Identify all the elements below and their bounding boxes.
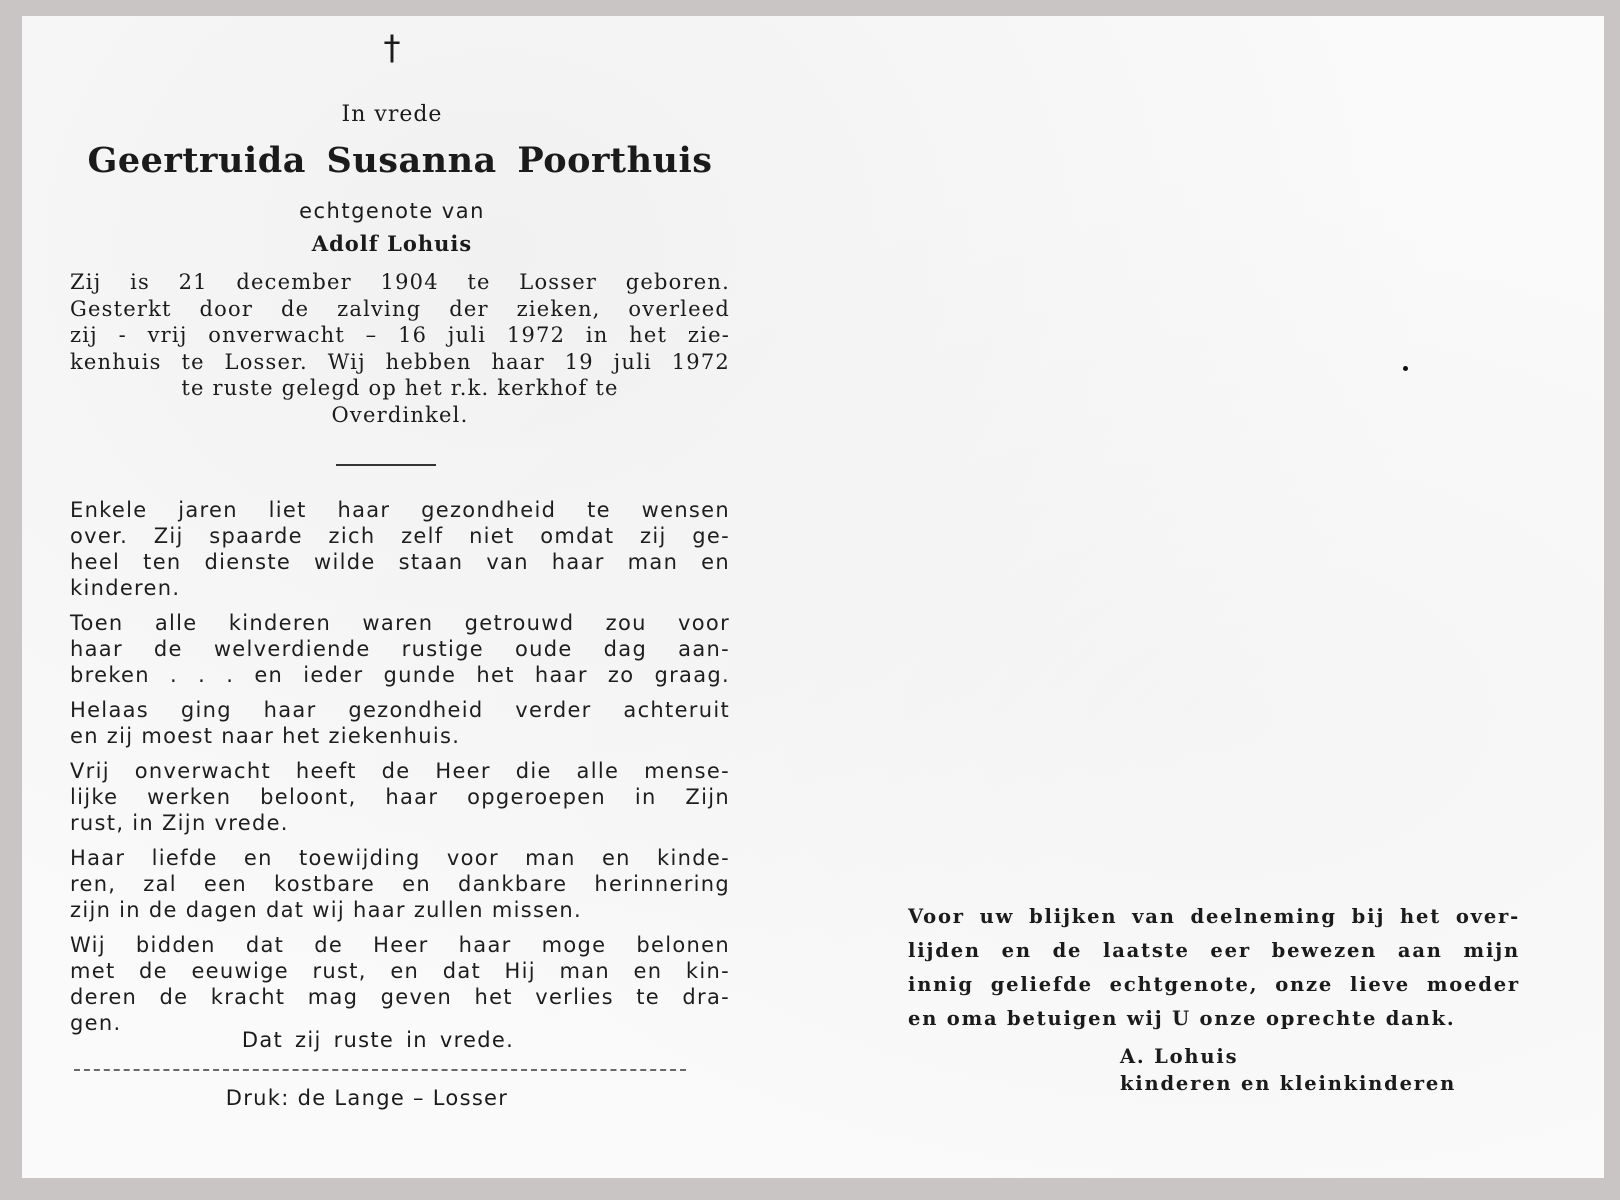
cross-icon: † bbox=[22, 28, 762, 68]
biography: Zij is 21 december 1904 te Losser gebore… bbox=[70, 269, 730, 428]
text-line: breken . . . en ieder gunde het haar zo … bbox=[70, 662, 730, 688]
thanks-line: innig geliefde echtgenote, onze lieve mo… bbox=[908, 968, 1520, 1002]
text-line: Wij bidden dat de Heer haar moge belonen bbox=[70, 932, 730, 958]
closing-line: Dat zij ruste in vrede. bbox=[22, 1028, 734, 1052]
text-line: zijn in de dagen dat wij haar zullen mis… bbox=[70, 897, 730, 923]
paragraph: Wij bidden dat de Heer haar moge belonen… bbox=[70, 932, 730, 1036]
bio-line: zij - vrij onverwacht – 16 juli 1972 in … bbox=[70, 322, 730, 349]
text-line: en zij moest naar het ziekenhuis. bbox=[70, 723, 730, 749]
printer-credit: Druk: de Lange – Losser bbox=[22, 1086, 712, 1110]
separator-line bbox=[336, 464, 436, 466]
text-line: met de eeuwige rust, en dat Hij man en k… bbox=[70, 958, 730, 984]
text-line: rust, in Zijn vrede. bbox=[70, 810, 730, 836]
paragraph: Toen alle kinderen waren getrouwd zou vo… bbox=[70, 610, 730, 688]
text-line: Helaas ging haar gezondheid verder achte… bbox=[70, 697, 730, 723]
text-line: Haar liefde en toewijding voor man en ki… bbox=[70, 845, 730, 871]
thanks-line: lijden en de laatste eer bewezen aan mij… bbox=[908, 934, 1520, 968]
right-page: Voor uw blijken van deelneming bij het o… bbox=[812, 16, 1604, 1178]
thanks-line: Voor uw blijken van deelneming bij het o… bbox=[908, 900, 1520, 934]
paragraph: Vrij onverwacht heeft de Heer die alle m… bbox=[70, 758, 730, 836]
signature: A. Lohuis kinderen en kleinkinderen bbox=[1120, 1043, 1456, 1097]
bio-line: Gesterkt door de zalving der zieken, ove… bbox=[70, 296, 730, 323]
footer-divider bbox=[74, 1069, 686, 1071]
text-line: haar de welverdiende rustige oude dag aa… bbox=[70, 636, 730, 662]
thanks-line: en oma betuigen wij U onze oprechte dank… bbox=[908, 1002, 1520, 1036]
text-line: Vrij onverwacht heeft de Heer die alle m… bbox=[70, 758, 730, 784]
paragraph: Enkele jaren liet haar gezondheid te wen… bbox=[70, 497, 730, 601]
text-line: Toen alle kinderen waren getrouwd zou vo… bbox=[70, 610, 730, 636]
bio-line: Overdinkel. bbox=[70, 402, 730, 429]
bio-line: kenhuis te Losser. Wij hebben haar 19 ju… bbox=[70, 349, 730, 376]
bio-line: te ruste gelegd op het r.k. kerkhof te bbox=[70, 375, 730, 402]
memorial-card: † In vrede Geertruida Susanna Poorthuis … bbox=[22, 16, 1604, 1178]
relation-label: echtgenote van bbox=[22, 199, 762, 223]
text-line: over. Zij spaarde zich zelf niet omdat z… bbox=[70, 523, 730, 549]
signature-family: kinderen en kleinkinderen bbox=[1120, 1070, 1456, 1097]
text-line: heel ten dienste wilde staan van haar ma… bbox=[70, 549, 730, 575]
left-page: † In vrede Geertruida Susanna Poorthuis … bbox=[22, 16, 812, 1178]
text-line: lijke werken beloont, haar opgeroepen in… bbox=[70, 784, 730, 810]
deceased-name: Geertruida Susanna Poorthuis bbox=[70, 140, 730, 181]
text-line: kinderen. bbox=[70, 575, 730, 601]
spouse-name: Adolf Lohuis bbox=[22, 231, 762, 256]
text-line: deren de kracht mag geven het verlies te… bbox=[70, 984, 730, 1010]
text-line: ren, zal een kostbare en dankbare herinn… bbox=[70, 871, 730, 897]
bio-line: Zij is 21 december 1904 te Losser gebore… bbox=[70, 269, 730, 296]
signature-name: A. Lohuis bbox=[1120, 1043, 1456, 1070]
ink-speck bbox=[1403, 366, 1408, 371]
paragraph: Helaas ging haar gezondheid verder achte… bbox=[70, 697, 730, 749]
paragraph: Haar liefde en toewijding voor man en ki… bbox=[70, 845, 730, 923]
thank-you-message: Voor uw blijken van deelneming bij het o… bbox=[908, 900, 1520, 1036]
memorial-text: Enkele jaren liet haar gezondheid te wen… bbox=[70, 497, 730, 1045]
heading-in-vrede: In vrede bbox=[22, 102, 762, 127]
text-line: Enkele jaren liet haar gezondheid te wen… bbox=[70, 497, 730, 523]
